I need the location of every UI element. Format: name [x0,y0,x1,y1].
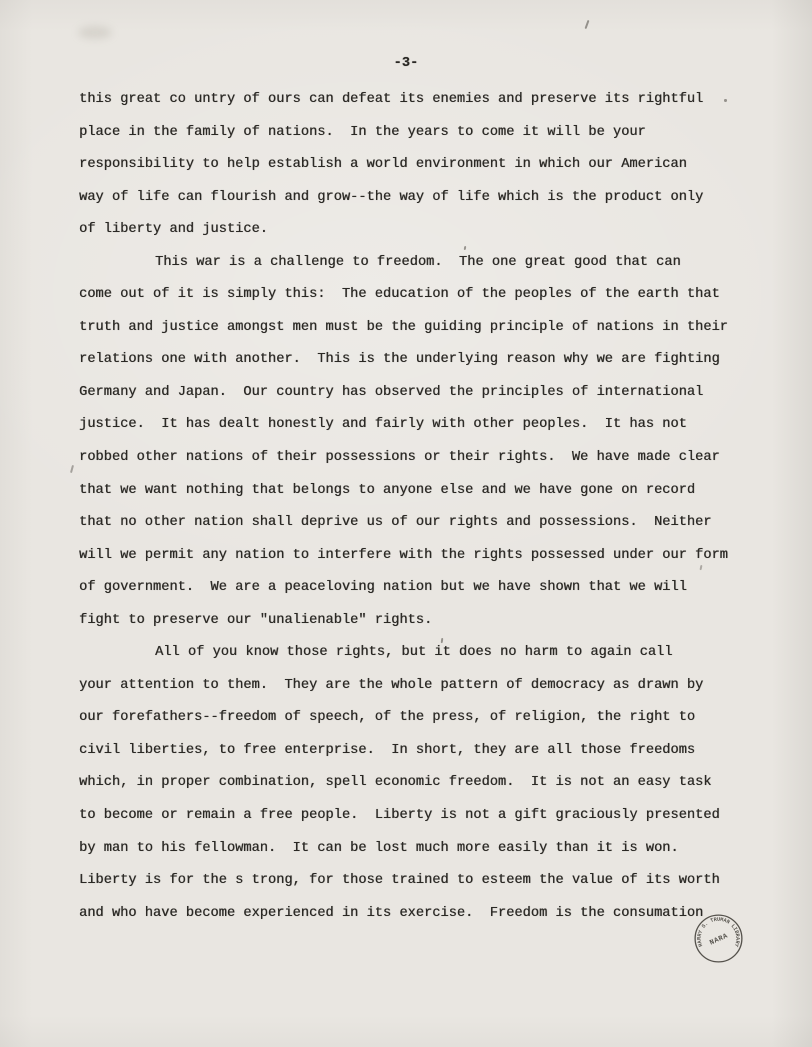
typed-line: truth and justice amongst men must be th… [79,312,769,345]
typed-line: this great co untry of ours can defeat i… [79,84,769,117]
typed-line: will we permit any nation to interfere w… [79,540,769,573]
typed-line: and who have become experienced in its e… [79,898,769,931]
typed-line: All of you know those rights, but it doe… [79,637,769,670]
typed-text: this great co untry of ours can defeat i… [79,84,769,930]
typed-line: Germany and Japan. Our country has obser… [79,377,769,410]
typed-line: of liberty and justice. [79,214,769,247]
typed-line: come out of it is simply this: The educa… [79,279,769,312]
typed-line: relations one with another. This is the … [79,344,769,377]
typed-line: of government. We are a peaceloving nati… [79,572,769,605]
page-number: -3- [0,56,812,71]
typed-line: justice. It has dealt honestly and fairl… [79,409,769,442]
typed-line: responsibility to help establish a world… [79,149,769,182]
paper-smudge [78,26,112,39]
typed-line: robbed other nations of their possession… [79,442,769,475]
typed-line: that we want nothing that belongs to any… [79,475,769,508]
typed-line: Liberty is for the s trong, for those tr… [79,865,769,898]
typed-line: that no other nation shall deprive us of… [79,507,769,540]
paper-speck [724,99,727,102]
truman-library-stamp: HARRY S. TRUMAN LIBRARY NARA [688,908,749,969]
typed-line: This war is a challenge to freedom. The … [79,247,769,280]
typed-line: by man to his fellowman. It can be lost … [79,833,769,866]
document-page: -3- this great co untry of ours can defe… [0,0,812,1047]
typed-line: place in the family of nations. In the y… [79,117,769,150]
typed-line: our forefathers--freedom of speech, of t… [79,702,769,735]
paper-speck [70,465,74,473]
stamp-center-text: NARA [709,932,730,947]
paper-speck [585,20,590,29]
typed-line: your attention to them. They are the who… [79,670,769,703]
typed-line: fight to preserve our "unalienable" righ… [79,605,769,638]
typed-line: which, in proper combination, spell econ… [79,767,769,800]
typed-line: way of life can flourish and grow--the w… [79,182,769,215]
typed-line: civil liberties, to free enterprise. In … [79,735,769,768]
typed-line: to become or remain a free people. Liber… [79,800,769,833]
